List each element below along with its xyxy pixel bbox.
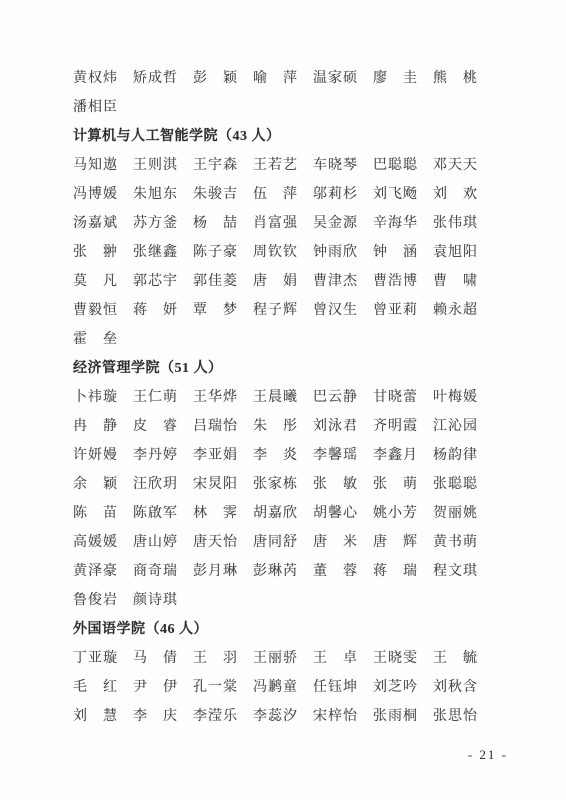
person-name: 黄权炜: [73, 71, 117, 86]
name-row: 许妍嫚李丹婷李亚娟李 炎李馨瑶李鑫月杨韵律: [73, 448, 477, 463]
person-name: 皮 睿: [133, 419, 177, 434]
person-name: 廖 圭: [373, 71, 417, 86]
section-header: 经济管理学院（51 人）: [73, 361, 477, 376]
person-name: 陈 苗: [73, 506, 117, 521]
person-name: 李蕊汐: [253, 709, 297, 724]
person-name: 汪欣玥: [133, 477, 177, 492]
person-name: 张思怡: [433, 709, 477, 724]
person-name: 贺丽姚: [433, 506, 477, 521]
person-name: 王华烨: [193, 390, 237, 405]
person-name: 曹浩博: [373, 274, 417, 289]
section-header: 外国语学院（46 人）: [73, 622, 477, 637]
person-name: 马知遨: [73, 158, 117, 173]
person-name: 刘泳君: [313, 419, 357, 434]
person-name: 刘 欢: [433, 187, 477, 202]
name-row: 陈 苗陈啟军林 霁胡嘉欣胡馨心姚小芳贺丽姚: [73, 506, 477, 521]
name-row: 鲁俊岩颜诗琪: [73, 593, 477, 608]
section-header: 计算机与人工智能学院（43 人）: [73, 129, 477, 144]
person-name: 唐 娟: [253, 274, 297, 289]
name-row: 黄权炜矫成哲彭 颖喻 萍温家硕廖 圭熊 桃: [73, 71, 477, 86]
person-name: 覃 梦: [193, 303, 237, 318]
person-name: 高媛媛: [73, 535, 117, 550]
person-name: 朱骏吉: [193, 187, 237, 202]
person-name: 林 霁: [193, 506, 237, 521]
name-list: 黄权炜矫成哲彭 颖喻 萍温家硕廖 圭熊 桃潘相臣计算机与人工智能学院（43 人）…: [73, 71, 477, 738]
name-row: 冉 静皮 睿吕瑞怡朱 彤刘泳君齐明霞江沁园: [73, 419, 477, 434]
person-name: 王则淇: [133, 158, 177, 173]
name-row: 毛 红尹 伊孔一棠冯鹣童任钰坤刘芝吟刘秋含: [73, 680, 477, 695]
person-name: 王 羽: [193, 651, 237, 666]
person-name: 唐天怡: [193, 535, 237, 550]
person-name: 宋梓怡: [313, 709, 357, 724]
person-name: 唐同舒: [253, 535, 297, 550]
person-name: 王若艺: [253, 158, 297, 173]
person-name: 肖富强: [253, 216, 297, 231]
person-name: 马 倩: [133, 651, 177, 666]
person-name: 李鑫月: [373, 448, 417, 463]
person-name: 许妍嫚: [73, 448, 117, 463]
person-name: 胡馨心: [313, 506, 357, 521]
person-name: 刘 慧: [73, 709, 117, 724]
person-name: 吕瑞怡: [193, 419, 237, 434]
person-name: 陈子豪: [193, 245, 237, 260]
person-name: 张伟琪: [433, 216, 477, 231]
person-name: 蒋 瑞: [373, 564, 417, 579]
person-name: 孔一棠: [193, 680, 237, 695]
person-name: 朱旭东: [133, 187, 177, 202]
name-row: 汤嘉斌苏方釜杨 喆肖富强吴金源辛海华张伟琪: [73, 216, 477, 231]
person-name: 鲁俊岩: [73, 593, 117, 608]
person-name: 彭月琳: [193, 564, 237, 579]
person-name: 颜诗琪: [133, 593, 177, 608]
name-row: 冯博媛朱旭东朱骏吉伍 萍邬莉杉刘飞飏刘 欢: [73, 187, 477, 202]
person-name: 朱 彤: [253, 419, 297, 434]
person-name: 彭 颖: [193, 71, 237, 86]
person-name: 王晓雯: [373, 651, 417, 666]
person-name: 曹毅恒: [73, 303, 117, 318]
person-name: 矫成哲: [133, 71, 177, 86]
person-name: 刘秋含: [433, 680, 477, 695]
person-name: 张继鑫: [133, 245, 177, 260]
person-name: 卜祎璇: [73, 390, 117, 405]
person-name: 钟雨欣: [313, 245, 357, 260]
person-name: 辛海华: [373, 216, 417, 231]
person-name: 唐山婷: [133, 535, 177, 550]
person-name: 冯博媛: [73, 187, 117, 202]
person-name: 任钰坤: [313, 680, 357, 695]
person-name: 袁旭阳: [433, 245, 477, 260]
person-name: 张家栋: [253, 477, 297, 492]
name-row: 高媛媛唐山婷唐天怡唐同舒唐 米唐 辉黄书萌: [73, 535, 477, 550]
person-name: 曹津杰: [313, 274, 357, 289]
person-name: 尹 伊: [133, 680, 177, 695]
person-name: 董 蓉: [313, 564, 357, 579]
person-name: 温家硕: [313, 71, 357, 86]
person-name: 张 敏: [313, 477, 357, 492]
name-row: 张 翀张继鑫陈子豪周钦钦钟雨欣钟 涵袁旭阳: [73, 245, 477, 260]
person-name: 张 翀: [73, 245, 117, 260]
person-name: 潘相臣: [73, 100, 117, 115]
person-name: 巴云静: [313, 390, 357, 405]
person-name: 赖永超: [433, 303, 477, 318]
person-name: 邬莉杉: [313, 187, 357, 202]
person-name: 曹 啸: [433, 274, 477, 289]
person-name: 程子辉: [253, 303, 297, 318]
person-name: 钟 涵: [373, 245, 417, 260]
person-name: 宋炅阳: [193, 477, 237, 492]
person-name: 车晓琴: [313, 158, 357, 173]
person-name: 李馨瑶: [313, 448, 357, 463]
person-name: 王宇森: [193, 158, 237, 173]
name-row: 余 颖汪欣玥宋炅阳张家栋张 敏张 萌张聪聪: [73, 477, 477, 492]
name-row: 潘相臣: [73, 100, 477, 115]
person-name: 江沁园: [433, 419, 477, 434]
name-row: 霍 垒: [73, 332, 477, 347]
person-name: 唐 米: [313, 535, 357, 550]
person-name: 苏方釜: [133, 216, 177, 231]
person-name: 李亚娟: [193, 448, 237, 463]
person-name: 霍 垒: [73, 332, 117, 347]
person-name: 彭琳芮: [253, 564, 297, 579]
person-name: 冉 静: [73, 419, 117, 434]
person-name: 王 卓: [313, 651, 357, 666]
person-name: 吴金源: [313, 216, 357, 231]
person-name: 刘芝吟: [373, 680, 417, 695]
person-name: 蒋 妍: [133, 303, 177, 318]
name-row: 马知遨王则淇王宇森王若艺车晓琴巴聪聪邓天天: [73, 158, 477, 173]
person-name: 冯鹣童: [253, 680, 297, 695]
person-name: 张聪聪: [433, 477, 477, 492]
person-name: 叶梅媛: [433, 390, 477, 405]
person-name: 王丽骄: [253, 651, 297, 666]
person-name: 王 毓: [433, 651, 477, 666]
person-name: 巴聪聪: [373, 158, 417, 173]
person-name: 姚小芳: [373, 506, 417, 521]
person-name: 郭芯宇: [133, 274, 177, 289]
person-name: 张 萌: [373, 477, 417, 492]
person-name: 杨 喆: [193, 216, 237, 231]
name-row: 莫 凡郭芯宇郭佳菱唐 娟曹津杰曹浩博曹 啸: [73, 274, 477, 289]
person-name: 邓天天: [433, 158, 477, 173]
name-row: 卜祎璇王仁萌王华烨王晨曦巴云静甘晓蕾叶梅媛: [73, 390, 477, 405]
person-name: 莫 凡: [73, 274, 117, 289]
person-name: 杨韵律: [433, 448, 477, 463]
person-name: 程文琪: [433, 564, 477, 579]
person-name: 黄书萌: [433, 535, 477, 550]
document-page: 黄权炜矫成哲彭 颖喻 萍温家硕廖 圭熊 桃潘相臣计算机与人工智能学院（43 人）…: [0, 0, 566, 800]
person-name: 商奇瑞: [133, 564, 177, 579]
person-name: 李滢乐: [193, 709, 237, 724]
person-name: 喻 萍: [253, 71, 297, 86]
name-row: 曹毅恒蒋 妍覃 梦程子辉曾汉生曾亚莉赖永超: [73, 303, 477, 318]
person-name: 伍 萍: [253, 187, 297, 202]
person-name: 李 炎: [253, 448, 297, 463]
person-name: 王晨曦: [253, 390, 297, 405]
name-row: 黄泽豪商奇瑞彭月琳彭琳芮董 蓉蒋 瑞程文琪: [73, 564, 477, 579]
page-number: - 21 -: [468, 747, 508, 763]
person-name: 陈啟军: [133, 506, 177, 521]
name-row: 刘 慧李 庆李滢乐李蕊汐宋梓怡张雨桐张思怡: [73, 709, 477, 724]
person-name: 余 颖: [73, 477, 117, 492]
person-name: 张雨桐: [373, 709, 417, 724]
person-name: 丁亚璇: [73, 651, 117, 666]
person-name: 唐 辉: [373, 535, 417, 550]
person-name: 甘晓蕾: [373, 390, 417, 405]
person-name: 齐明霞: [373, 419, 417, 434]
person-name: 刘飞飏: [373, 187, 417, 202]
person-name: 胡嘉欣: [253, 506, 297, 521]
person-name: 郭佳菱: [193, 274, 237, 289]
person-name: 熊 桃: [433, 71, 477, 86]
name-row: 丁亚璇马 倩王 羽王丽骄王 卓王晓雯王 毓: [73, 651, 477, 666]
person-name: 汤嘉斌: [73, 216, 117, 231]
person-name: 李 庆: [133, 709, 177, 724]
person-name: 周钦钦: [253, 245, 297, 260]
person-name: 王仁萌: [133, 390, 177, 405]
person-name: 曾汉生: [313, 303, 357, 318]
person-name: 李丹婷: [133, 448, 177, 463]
person-name: 黄泽豪: [73, 564, 117, 579]
person-name: 曾亚莉: [373, 303, 417, 318]
person-name: 毛 红: [73, 680, 117, 695]
